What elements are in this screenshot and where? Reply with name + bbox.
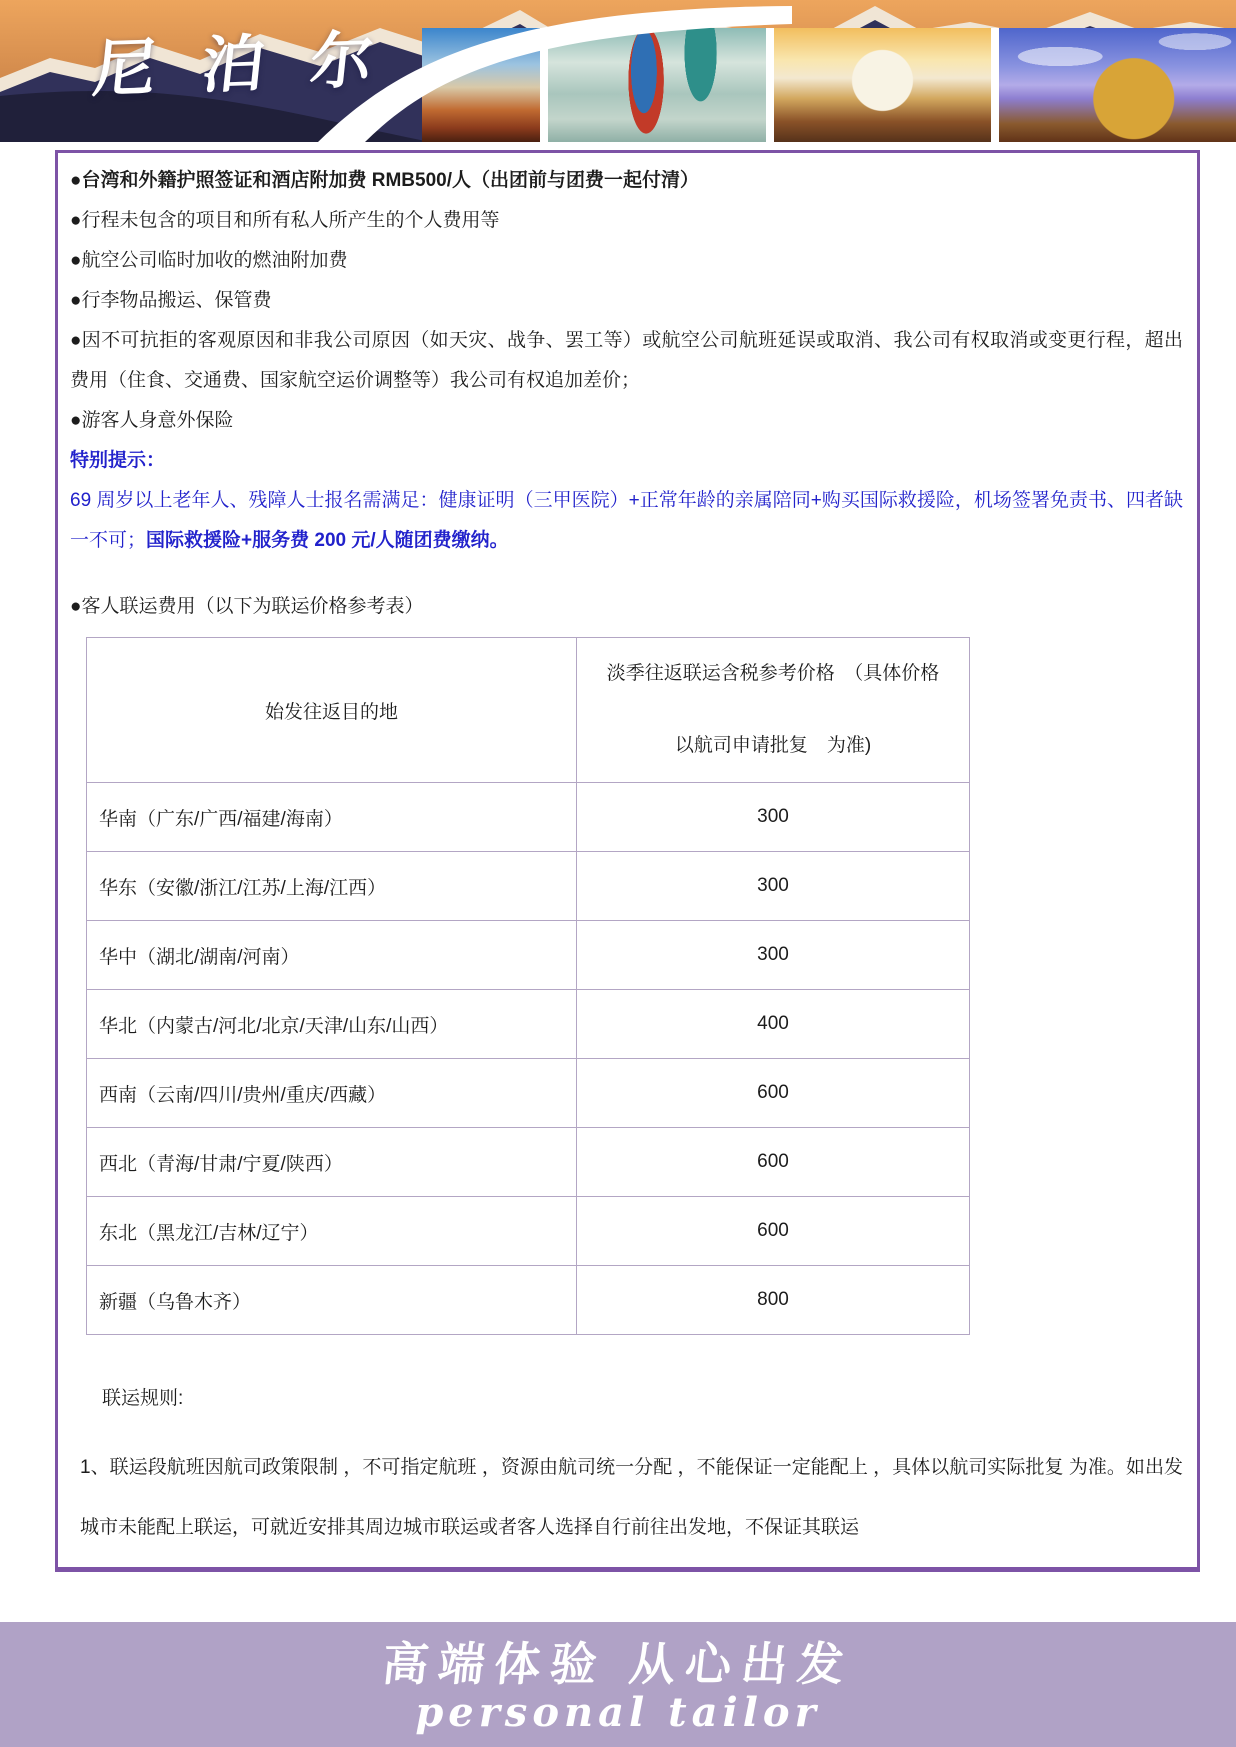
price-cell: 600 [577,1059,970,1128]
content-box: ●台湾和外籍护照签证和酒店附加费 RMB500/人（出团前与团费一起付清） ●行… [55,150,1200,1572]
table-row: 西南（云南/四川/贵州/重庆/西藏） 600 [87,1059,970,1128]
special-notice-bold: 国际救援险+服务费 200 元/人随团费缴纳。 [146,530,509,551]
origin-cell: 东北（黑龙江/吉林/辽宁） [87,1197,577,1266]
fee-note-force-majeure: ●因不可抗拒的客观原因和非我公司原因（如天灾、战争、罢工等）或航空公司航班延误或… [70,321,1183,401]
footer-slogan-english: personal tailor [0,1690,1236,1736]
page-title: 尼泊尔 [90,8,425,108]
origin-cell: 华中（湖北/湖南/河南） [87,921,577,990]
price-cell: 300 [577,852,970,921]
origin-cell: 华南（广东/广西/福建/海南） [87,783,577,852]
transfer-rules-heading: 联运规则: [70,1379,1183,1419]
price-cell: 300 [577,783,970,852]
fee-note-fuel-surcharge: ●航空公司临时加收的燃油附加费 [70,241,1183,281]
transfer-price-table: 始发往返目的地 淡季往返联运含税参考价格 （具体价格以航司申请批复 为准) 华南… [86,637,970,1335]
price-cell: 300 [577,921,970,990]
origin-cell: 西南（云南/四川/贵州/重庆/西藏） [87,1059,577,1128]
price-cell: 400 [577,990,970,1059]
special-notice-label: 特别提示： [70,441,1183,481]
table-row: 东北（黑龙江/吉林/辽宁） 600 [87,1197,970,1266]
header-banner: 尼泊尔 [0,0,1236,142]
table-row: 华东（安徽/浙江/江苏/上海/江西） 300 [87,852,970,921]
special-notice-text: 69 周岁以上老年人、残障人士报名需满足：健康证明（三甲医院）+正常年龄的亲属陪… [70,481,1183,561]
table-row: 华南（广东/广西/福建/海南） 300 [87,783,970,852]
fee-note-taiwan-passport: ●台湾和外籍护照签证和酒店附加费 RMB500/人（出团前与团费一起付清） [70,161,1183,201]
price-column-header: 淡季往返联运含税参考价格 （具体价格以航司申请批复 为准) [577,638,970,783]
table-row: 华中（湖北/湖南/河南） 300 [87,921,970,990]
footer-slogan-chinese: 高端体验 从心出发 [0,1638,1236,1690]
transfer-rules-item: 1、联运段航班因航司政策限制 ，不可指定航班 ，资源由航司统一分配 ，不能保证一… [70,1438,1183,1558]
footer-gap [0,1572,1236,1622]
origin-cell: 华东（安徽/浙江/江苏/上海/江西） [87,852,577,921]
price-cell: 600 [577,1128,970,1197]
fee-note-luggage: ●行李物品搬运、保管费 [70,281,1183,321]
fee-note-accident-insurance: ●游客人身意外保险 [70,401,1183,441]
origin-cell: 新疆（乌鲁木齐） [87,1266,577,1335]
table-row: 新疆（乌鲁木齐） 800 [87,1266,970,1335]
table-header-row: 始发往返目的地 淡季往返联运含税参考价格 （具体价格以航司申请批复 为准) [87,638,970,783]
table-row: 西北（青海/甘肃/宁夏/陕西） 600 [87,1128,970,1197]
origin-cell: 华北（内蒙古/河北/北京/天津/山东/山西） [87,990,577,1059]
footer-band: 高端体验 从心出发 personal tailor [0,1622,1236,1747]
table-row: 华北（内蒙古/河北/北京/天津/山东/山西） 400 [87,990,970,1059]
origin-cell: 西北（青海/甘肃/宁夏/陕西） [87,1128,577,1197]
fee-note-personal-expense: ●行程未包含的项目和所有私人所产生的个人费用等 [70,201,1183,241]
price-cell: 600 [577,1197,970,1266]
origin-column-header: 始发往返目的地 [87,638,577,783]
transfer-fee-intro: ●客人联运费用（以下为联运价格参考表） [70,587,1183,627]
price-cell: 800 [577,1266,970,1335]
